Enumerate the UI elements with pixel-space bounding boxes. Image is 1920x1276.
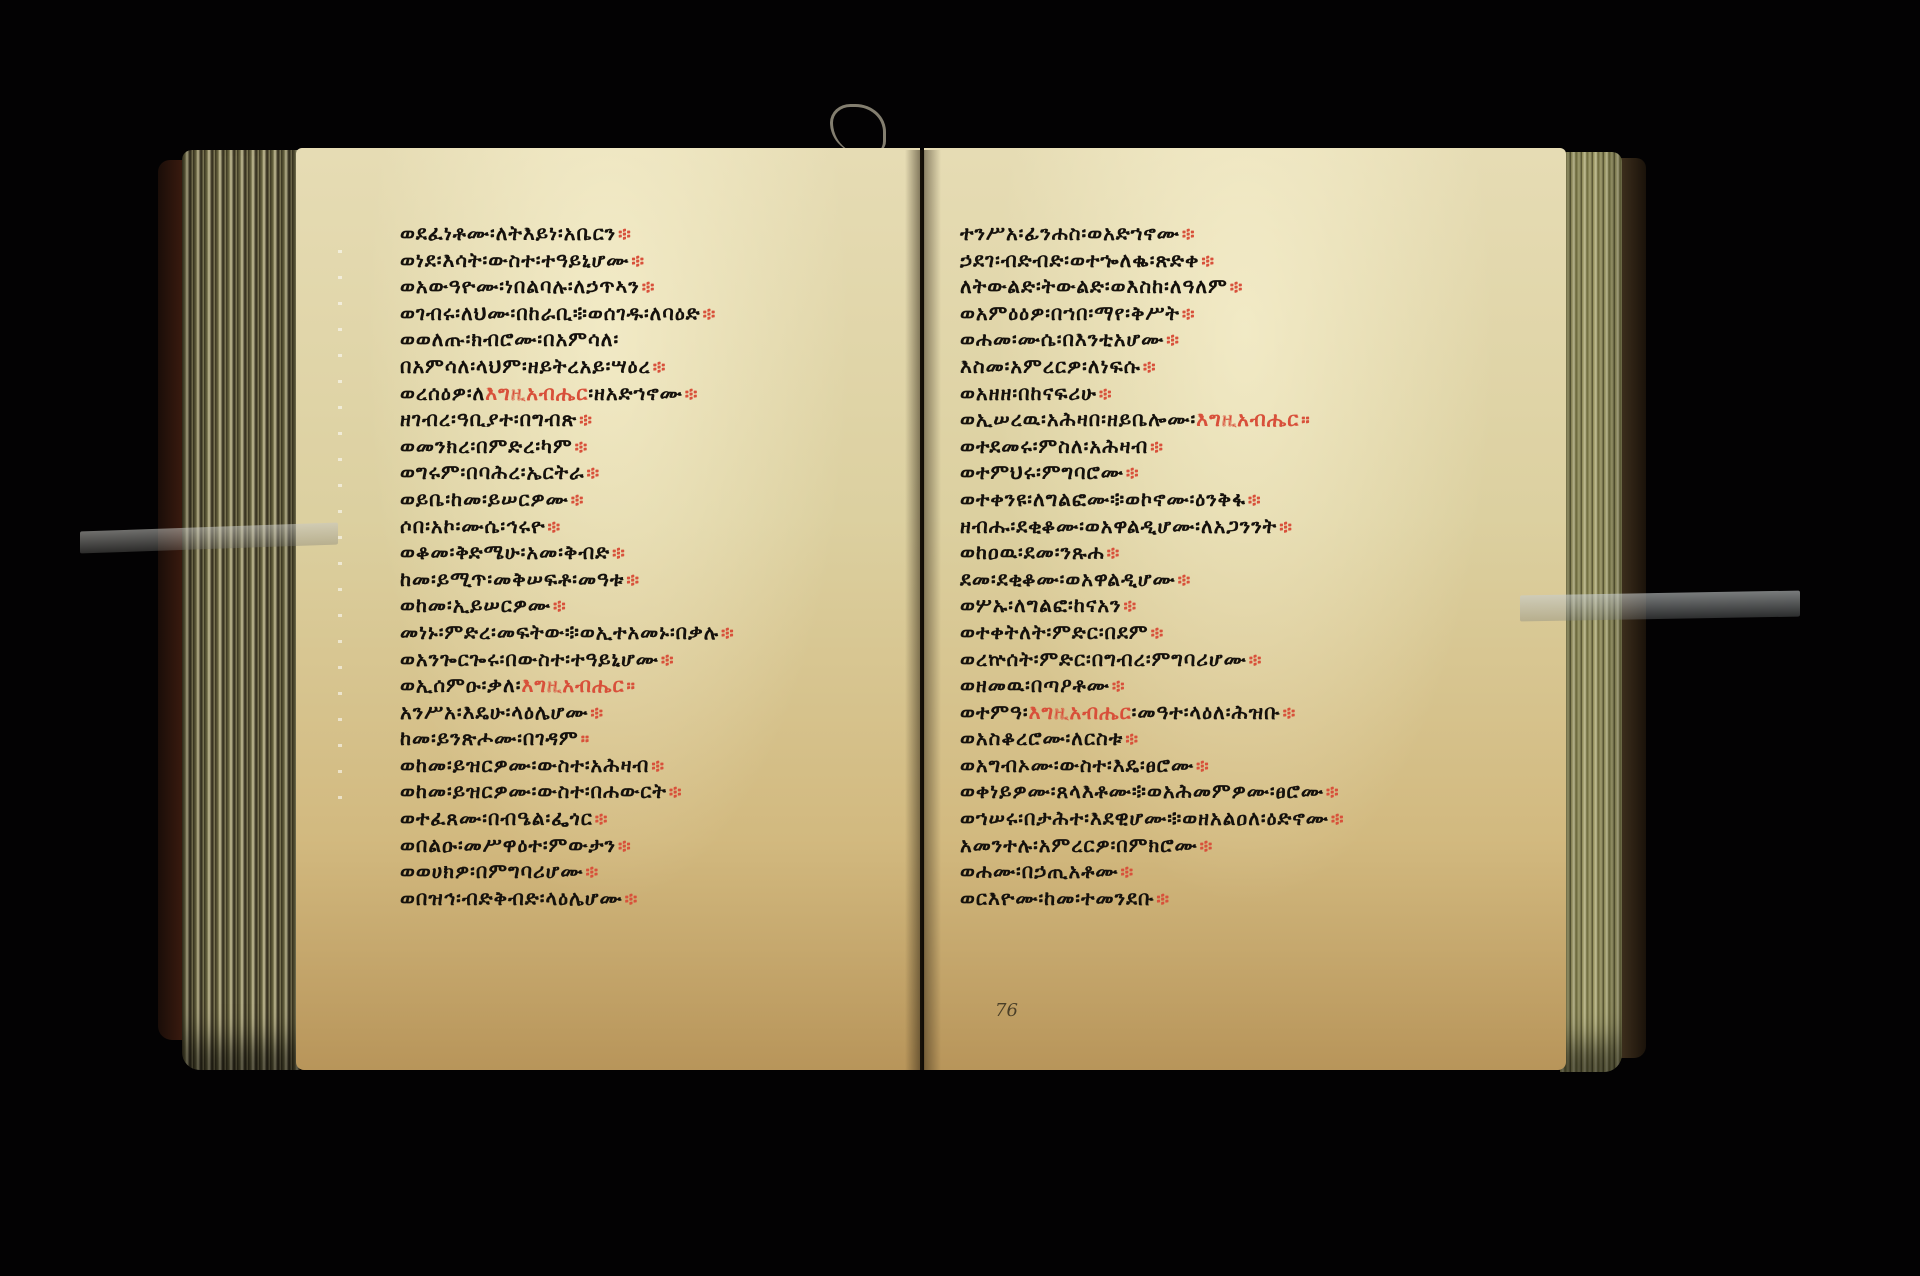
red-cross-punctuation-icon: ፨ <box>553 596 567 617</box>
red-cross-punctuation-icon: ፨ <box>1249 650 1263 671</box>
ink-text: ወበዝኅ፡ብድቅብድ፡ላዕሌሆሙ <box>400 886 623 910</box>
red-cross-punctuation-icon: ፨ <box>1125 729 1139 750</box>
ink-text: ፡መዓተ፡ላዕለ፡ሕዝቡ <box>1132 700 1281 724</box>
ink-text: ወከመ፡ይዝርዎሙ፡ውስተ፡በሐውርት <box>400 779 667 803</box>
text-line: ወመንክረ፡በምድረ፡ካም፨ <box>400 433 735 460</box>
red-cross-punctuation-icon: ፨ <box>1120 862 1134 883</box>
ink-text: ወሐሙ፡በኃጢአቶሙ <box>960 859 1118 883</box>
ink-text: ወረሰዕዎ፡ለ <box>400 381 485 405</box>
ink-text: ወአንጐርጐሩ፡በውስተ፡ተዓይኒሆሙ <box>400 647 659 671</box>
text-line: ወሦኡ፡ለግልፎ፡ከናአን፨ <box>960 592 1345 619</box>
text-line: ወወለጡ፡ክብሮሙ፡በአምሳለ፡ <box>400 326 735 353</box>
text-line: ዘገብረ፡ዓቢያተ፡በግብጽ፨ <box>400 406 735 433</box>
ink-text: ወኢሠረዉ፡አሕዛበ፡ዘይቤሎሙ፡ <box>960 407 1196 431</box>
text-line: ወተፈጸሙ፡በብዔል፡ፌጎር፨ <box>400 805 735 832</box>
text-line: ከመ፡ይሚጥ፡መቅሠፍቶ፡መዓቱ፨ <box>400 566 735 593</box>
ink-text: አመንተሉ፡አምረርዎ፡በምክሮሙ <box>960 833 1198 857</box>
text-line: ወሐመ፡ሙሴ፡በእንቲአሆሙ፨ <box>960 326 1345 353</box>
ink-text: ወአዘዘ፡በከናፍሪሁ <box>960 381 1097 405</box>
text-line: ወአግብኦሙ፡ውስተ፡እዴ፡ፀሮሙ፨ <box>960 752 1345 779</box>
ink-text: ኃደገ፡ብድብድ፡ወተኈለቈ፡ጽድቀ <box>960 248 1199 272</box>
gutter <box>905 150 941 1070</box>
text-line: ወከዐዉ፡ደመ፡ንጹሐ፨ <box>960 539 1345 566</box>
ink-text: ከመ፡ይሚጥ፡መቅሠፍቶ፡መዓቱ <box>400 567 624 591</box>
red-cross-punctuation-icon: ፨ <box>612 543 626 564</box>
ink-text: ወግሩም፡በባሕረ፡ኤርትራ <box>400 460 585 484</box>
text-line: ወርእዮሙ፡ከመ፡ተመንደቡ፨ <box>960 885 1345 912</box>
text-line: ወተምህሩ፡ምግባሮሙ፨ <box>960 459 1345 486</box>
right-text-column: ተንሥአ፡ፊንሐስ፡ወአድኀኖሙ፨ኃደገ፡ብድብድ፡ወተኈለቈ፡ጽድቀ፨ለትውል… <box>960 220 1345 911</box>
manuscript-photo: ወደፈነቶሙ፡ለትእይነ፡አቤርን፨ወነደ፡እሳት፡ውስተ፡ተዓይኒሆሙ፨ወአው… <box>0 0 1920 1276</box>
text-line: ወከመ፡ይዝርዎሙ፡ውስተ፡በሐውርት፨ <box>400 778 735 805</box>
red-cross-punctuation-icon: ፨ <box>1279 517 1293 538</box>
ink-text: ወዘመዉ፡በጣዖቶሙ <box>960 673 1110 697</box>
red-cross-punctuation-icon: ፨ <box>548 517 562 538</box>
ink-text: ደመ፡ደቂቆሙ፡ወአዋልዲሆሙ <box>960 567 1176 591</box>
text-line: አንሥአ፡እዴሁ፡ላዕሌሆሙ፨ <box>400 699 735 726</box>
text-line: መነኑ፡ምድረ፡መፍትው፨ወኢተአመኑ፡በቃሉ፨ <box>400 619 735 646</box>
text-line: ወበልዑ፡መሥዋዕተ፡ምውታን፨ <box>400 832 735 859</box>
ink-text: ወረኵሰት፡ምድር፡በግብረ፡ምግባሪሆሙ <box>960 647 1247 671</box>
ink-text: ወወሀክዎ፡በምግባሪሆሙ <box>400 859 583 883</box>
red-cross-punctuation-icon: ። <box>1301 410 1310 431</box>
ink-text: ከመ፡ይንጽሖሙ፡በገዳም <box>400 726 579 750</box>
text-line: ወነደ፡እሳት፡ውስተ፡ተዓይኒሆሙ፨ <box>400 247 735 274</box>
ink-text: ወይቤ፡ከመ፡ይሠርዎሙ <box>400 487 569 511</box>
red-cross-punctuation-icon: ፨ <box>1248 490 1262 511</box>
red-cross-punctuation-icon: ፨ <box>1143 357 1157 378</box>
ink-text: ወአውዓዮሙ፡ነበልባሉ፡ለኃጥኣን <box>400 274 640 298</box>
red-cross-punctuation-icon: ፨ <box>579 410 593 431</box>
red-cross-punctuation-icon: ፨ <box>1107 543 1121 564</box>
text-line: ወደፈነቶሙ፡ለትእይነ፡አቤርን፨ <box>400 220 735 247</box>
red-cross-punctuation-icon: ፨ <box>661 650 675 671</box>
text-line: ወሐሙ፡በኃጢአቶሙ፨ <box>960 858 1345 885</box>
ink-text: ወቆመ፡ቅድሜሁ፡አመ፡ቅብድ <box>400 540 610 564</box>
text-line: በአምሳለ፡ላህም፡ዘይትረአይ፡ሣዕረ፨ <box>400 353 735 380</box>
ink-text: ወሐመ፡ሙሴ፡በእንቲአሆሙ <box>960 327 1164 351</box>
red-cross-punctuation-icon: ፨ <box>585 862 599 883</box>
ink-text: ወበልዑ፡መሥዋዕተ፡ምውታን <box>400 833 616 857</box>
ink-text: በአምሳለ፡ላህም፡ዘይትረአይ፡ሣዕረ <box>400 354 651 378</box>
rubricated-text: እግዚአብሔር <box>1196 407 1299 431</box>
red-cross-punctuation-icon: ፨ <box>1124 596 1138 617</box>
red-cross-punctuation-icon: ፨ <box>626 570 640 591</box>
pricking-holes <box>338 250 342 810</box>
red-cross-punctuation-icon: ፨ <box>1151 623 1165 644</box>
red-cross-punctuation-icon: ፨ <box>575 437 589 458</box>
text-line: ወከመ፡ይዝርዎሙ፡ውስተ፡አሕዛብ፨ <box>400 752 735 779</box>
ink-text: ወኀሠሩ፡በታሕተ፡እደዊሆሙ፨ወዘአልዐለ፡ዕድኖሙ <box>960 806 1329 830</box>
red-cross-punctuation-icon: ፨ <box>1178 570 1192 591</box>
red-cross-punctuation-icon: ፨ <box>1200 836 1214 857</box>
text-line: ወቆመ፡ቅድሜሁ፡አመ፡ቅብድ፨ <box>400 539 735 566</box>
rubricated-text: እግዚአብሔር <box>521 673 624 697</box>
red-cross-punctuation-icon: ፨ <box>1196 756 1210 777</box>
red-cross-punctuation-icon: ፨ <box>642 277 656 298</box>
text-line: ወአስቆረሮሙ፡ለርስቱ፨ <box>960 725 1345 752</box>
ink-text: ወተምህሩ፡ምግባሮሙ <box>960 460 1124 484</box>
text-line: ወግሩም፡በባሕረ፡ኤርትራ፨ <box>400 459 735 486</box>
red-cross-punctuation-icon: ፨ <box>1331 809 1345 830</box>
rubricated-text: እግዚአብሔር <box>485 381 588 405</box>
ink-text: ዘገብረ፡ዓቢያተ፡በግብጽ <box>400 407 577 431</box>
ink-text: ወሦኡ፡ለግልፎ፡ከናአን <box>960 593 1122 617</box>
ink-text: እስመ፡አምረርዎ፡ለነፍሱ <box>960 354 1141 378</box>
text-line: ወኢሠረዉ፡አሕዛበ፡ዘይቤሎሙ፡እግዚአብሔር። <box>960 406 1345 433</box>
red-cross-punctuation-icon: ፨ <box>1182 224 1196 245</box>
red-cross-punctuation-icon: ፨ <box>631 251 645 272</box>
red-cross-punctuation-icon: ። <box>581 729 590 750</box>
red-cross-punctuation-icon: ፨ <box>587 463 601 484</box>
text-line: እስመ፡አምረርዎ፡ለነፍሱ፨ <box>960 353 1345 380</box>
text-line: ወተቀትለት፡ምድር፡በደም፨ <box>960 619 1345 646</box>
ink-text: ወተቀንዩ፡ለግልፎሙ፨ወኮኖሙ፡ዕንቅፋ <box>960 487 1246 511</box>
ink-text: ፡ዘአድኀኖሙ <box>588 381 682 405</box>
text-line: ወኢሰምዑ፡ቃለ፡እግዚአብሔር። <box>400 672 735 699</box>
ink-text: ወተፈጸሙ፡በብዔል፡ፌጎር <box>400 806 593 830</box>
ink-text: ወአስቆረሮሙ፡ለርስቱ <box>960 726 1123 750</box>
text-line: ወአንጐርጐሩ፡በውስተ፡ተዓይኒሆሙ፨ <box>400 646 735 673</box>
ink-text: ወተምዓ፡ <box>960 700 1029 724</box>
red-cross-punctuation-icon: ፨ <box>1201 251 1215 272</box>
text-line: ወይቤ፡ከመ፡ይሠርዎሙ፨ <box>400 486 735 513</box>
ink-text: ወአግብኦሙ፡ውስተ፡እዴ፡ፀሮሙ <box>960 753 1194 777</box>
red-cross-punctuation-icon: ፨ <box>721 623 735 644</box>
red-cross-punctuation-icon: ፨ <box>651 756 665 777</box>
text-line: ወአውዓዮሙ፡ነበልባሉ፡ለኃጥኣን፨ <box>400 273 735 300</box>
text-line: ወገብሩ፡ለህሙ፡በከራቢ፨ወሰገዱ፡ለባዕድ፨ <box>400 300 735 327</box>
ink-text: ወተደመሩ፡ምስለ፡አሕዛብ <box>960 434 1148 458</box>
ink-text: አንሥአ፡እዴሁ፡ላዕሌሆሙ <box>400 700 588 724</box>
ink-text: ወአምዕዕዎ፡በኀበ፡ማየ፡ቅሥት <box>960 301 1180 325</box>
red-cross-punctuation-icon: ፨ <box>1230 277 1244 298</box>
red-cross-punctuation-icon: ፨ <box>669 782 683 803</box>
text-line: ወዘመዉ፡በጣዖቶሙ፨ <box>960 672 1345 699</box>
red-cross-punctuation-icon: ፨ <box>571 490 585 511</box>
ink-text: ወቀነይዎሙ፡ጸላእቶሙ፨ወአሕመምዎሙ፡ፀሮሙ <box>960 779 1324 803</box>
text-line: ለትውልድ፡ትውልድ፡ወእስከ፡ለዓለም፨ <box>960 273 1345 300</box>
ink-text: ወደፈነቶሙ፡ለትእይነ፡አቤርን <box>400 221 616 245</box>
ink-text: ወከመ፡ይዝርዎሙ፡ውስተ፡አሕዛብ <box>400 753 649 777</box>
red-cross-punctuation-icon: ። <box>627 676 636 697</box>
red-cross-punctuation-icon: ፨ <box>653 357 667 378</box>
ink-text: ወመንክረ፡በምድረ፡ካም <box>400 434 573 458</box>
ink-text: ተንሥአ፡ፊንሐስ፡ወአድኀኖሙ <box>960 221 1180 245</box>
ink-text: ወተቀትለት፡ምድር፡በደም <box>960 620 1149 644</box>
ink-text: ወነደ፡እሳት፡ውስተ፡ተዓይኒሆሙ <box>400 248 629 272</box>
text-line: ወተምዓ፡እግዚአብሔር፡መዓተ፡ላዕለ፡ሕዝቡ፨ <box>960 699 1345 726</box>
red-cross-punctuation-icon: ፨ <box>1126 463 1140 484</box>
text-line: ወረኵሰት፡ምድር፡በግብረ፡ምግባሪሆሙ፨ <box>960 646 1345 673</box>
red-cross-punctuation-icon: ፨ <box>1283 703 1297 724</box>
text-line: ከመ፡ይንጽሖሙ፡በገዳም። <box>400 725 735 752</box>
text-line: ወተቀንዩ፡ለግልፎሙ፨ወኮኖሙ፡ዕንቅፋ፨ <box>960 486 1345 513</box>
ink-text: ዘብሑ፡ደቂቆሙ፡ወአዋልዲሆሙ፡ለአጋንንት <box>960 514 1277 538</box>
right-acrylic-support <box>1520 591 1800 622</box>
ink-text: ወወለጡ፡ክብሮሙ፡በአምሳለ፡ <box>400 327 619 351</box>
text-line: ወተደመሩ፡ምስለ፡አሕዛብ፨ <box>960 433 1345 460</box>
red-cross-punctuation-icon: ፨ <box>685 384 699 405</box>
red-cross-punctuation-icon: ፨ <box>595 809 609 830</box>
red-cross-punctuation-icon: ፨ <box>1326 782 1340 803</box>
text-line: ወከመ፡ኢይሠርዎሙ፨ <box>400 592 735 619</box>
text-line: ወኀሠሩ፡በታሕተ፡እደዊሆሙ፨ወዘአልዐለ፡ዕድኖሙ፨ <box>960 805 1345 832</box>
ink-text: ወርእዮሙ፡ከመ፡ተመንደቡ <box>960 886 1154 910</box>
ink-text: ሶበ፡አኮ፡ሙሴ፡ኅሩዮ <box>400 514 546 538</box>
text-line: ሶበ፡አኮ፡ሙሴ፡ኅሩዮ፨ <box>400 513 735 540</box>
ink-text: ወኢሰምዑ፡ቃለ፡ <box>400 673 521 697</box>
text-line: ተንሥአ፡ፊንሐስ፡ወአድኀኖሙ፨ <box>960 220 1345 247</box>
red-cross-punctuation-icon: ፨ <box>618 224 632 245</box>
ink-text: ወከመ፡ኢይሠርዎሙ <box>400 593 551 617</box>
red-cross-punctuation-icon: ፨ <box>1166 330 1180 351</box>
text-line: ዘብሑ፡ደቂቆሙ፡ወአዋልዲሆሙ፡ለአጋንንት፨ <box>960 513 1345 540</box>
red-cross-punctuation-icon: ፨ <box>1156 889 1170 910</box>
text-line: ወበዝኅ፡ብድቅብድ፡ላዕሌሆሙ፨ <box>400 885 735 912</box>
folio-number: 76 <box>995 1000 1018 1021</box>
text-line: ወአምዕዕዎ፡በኀበ፡ማየ፡ቅሥት፨ <box>960 300 1345 327</box>
ink-text: ወገብሩ፡ለህሙ፡በከራቢ፨ወሰገዱ፡ለባዕድ <box>400 301 701 325</box>
ink-text: መነኑ፡ምድረ፡መፍትው፨ወኢተአመኑ፡በቃሉ <box>400 620 719 644</box>
left-page-edges <box>182 150 300 1070</box>
text-line: ወረሰዕዎ፡ለእግዚአብሔር፡ዘአድኀኖሙ፨ <box>400 380 735 407</box>
ink-text: ለትውልድ፡ትውልድ፡ወእስከ፡ለዓለም <box>960 274 1228 298</box>
rubricated-text: እግዚአብሔር <box>1029 700 1132 724</box>
ink-text: ወከዐዉ፡ደመ፡ንጹሐ <box>960 540 1105 564</box>
text-line: ወወሀክዎ፡በምግባሪሆሙ፨ <box>400 858 735 885</box>
left-text-column: ወደፈነቶሙ፡ለትእይነ፡አቤርን፨ወነደ፡እሳት፡ውስተ፡ተዓይኒሆሙ፨ወአው… <box>400 220 735 911</box>
text-line: ደመ፡ደቂቆሙ፡ወአዋልዲሆሙ፨ <box>960 566 1345 593</box>
red-cross-punctuation-icon: ፨ <box>618 836 632 857</box>
text-line: ኃደገ፡ብድብድ፡ወተኈለቈ፡ጽድቀ፨ <box>960 247 1345 274</box>
red-cross-punctuation-icon: ፨ <box>625 889 639 910</box>
red-cross-punctuation-icon: ፨ <box>1099 384 1113 405</box>
red-cross-punctuation-icon: ፨ <box>1112 676 1126 697</box>
red-cross-punctuation-icon: ፨ <box>1150 437 1164 458</box>
red-cross-punctuation-icon: ፨ <box>1182 304 1196 325</box>
text-line: አመንተሉ፡አምረርዎ፡በምክሮሙ፨ <box>960 832 1345 859</box>
text-line: ወቀነይዎሙ፡ጸላእቶሙ፨ወአሕመምዎሙ፡ፀሮሙ፨ <box>960 778 1345 805</box>
red-cross-punctuation-icon: ፨ <box>703 304 717 325</box>
text-line: ወአዘዘ፡በከናፍሪሁ፨ <box>960 380 1345 407</box>
red-cross-punctuation-icon: ፨ <box>590 703 604 724</box>
